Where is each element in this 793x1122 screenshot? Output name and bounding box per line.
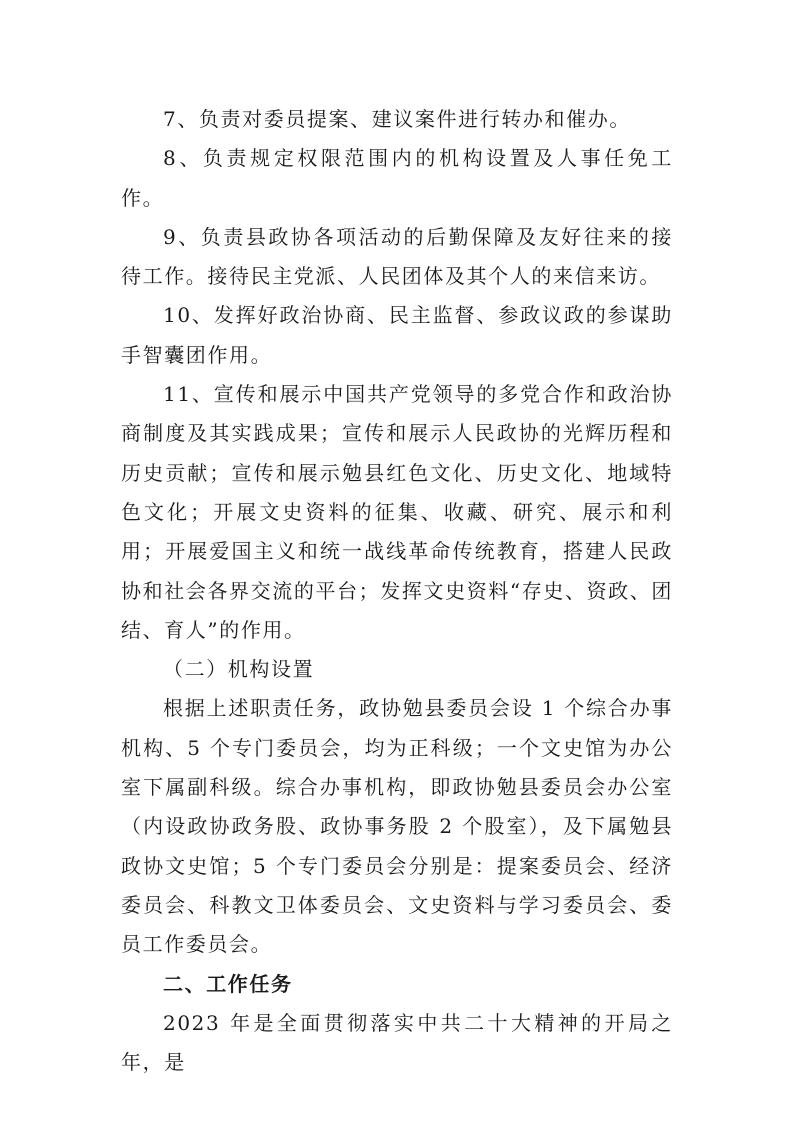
paragraph-item-10: 10、发挥好政治协商、民主监督、参政议政的参谋助手智囊团作用。 <box>121 296 673 375</box>
paragraph-item-7: 7、负责对委员提案、建议案件进行转办和催办。 <box>121 100 673 139</box>
section-heading: 二、工作任务 <box>121 965 673 1004</box>
paragraph-item-9: 9、负责县政协各项活动的后勤保障及友好往来的接待工作。接待民主党派、人民团体及其… <box>121 218 673 297</box>
section-subheading: （二）机构设置 <box>121 650 673 689</box>
document-page: 7、负责对委员提案、建议案件进行转办和催办。 8、负责规定权限范围内的机构设置及… <box>121 100 673 1082</box>
paragraph-work-tasks: 2023 年是全面贯彻落实中共二十大精神的开局之年，是 <box>121 1004 673 1083</box>
paragraph-item-11: 11、宣传和展示中国共产党领导的多党合作和政治协商制度及其实践成果；宣传和展示人… <box>121 375 673 650</box>
paragraph-org-structure: 根据上述职责任务，政协勉县委员会设 1 个综合办事机构、5 个专门委员会，均为正… <box>121 689 673 964</box>
paragraph-item-8: 8、负责规定权限范围内的机构设置及人事任免工作。 <box>121 139 673 218</box>
